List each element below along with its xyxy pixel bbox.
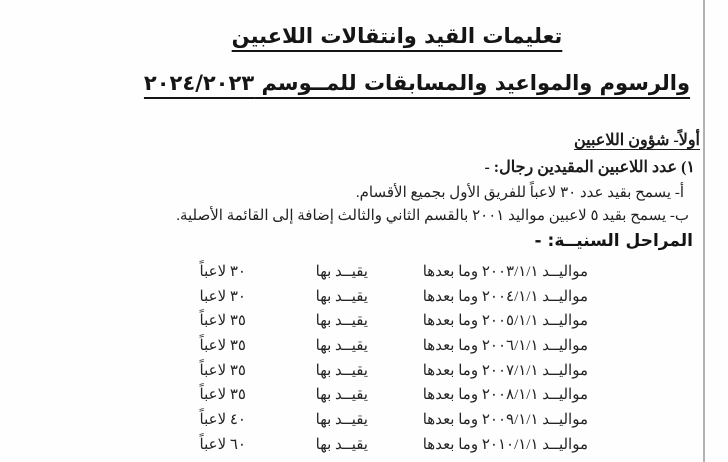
registration-cell: يقيــد بها bbox=[306, 361, 368, 380]
registration-cell: يقيــد بها bbox=[306, 311, 368, 330]
document-title-line1: تعليمات القيد وانتقالات اللاعبين bbox=[97, 24, 697, 48]
registration-cell: يقيــد بها bbox=[306, 262, 368, 281]
age-stages-heading: المراحل السنيــة: - bbox=[535, 231, 693, 251]
table-row: مواليــد ٢٠٠٣/١/١ وما بعدها يقيــد بها ٣… bbox=[176, 259, 588, 284]
player-count-cell: ٣٥ لاعباً bbox=[176, 361, 246, 380]
table-row: مواليــد ٢٠٠٥/١/١ وما بعدها يقيــد بها ٣… bbox=[176, 308, 588, 333]
registration-cell: يقيــد بها bbox=[306, 287, 368, 306]
registration-cell: يقيــد بها bbox=[306, 435, 368, 454]
table-row: مواليــد ٢٠٠٩/١/١ وما بعدها يقيــد بها ٤… bbox=[176, 407, 588, 432]
registration-cell: يقيــد بها bbox=[306, 385, 368, 404]
item1-point-a: أ- يسمح بقيد عدد ٣٠ لاعباً للفريق الأول … bbox=[356, 183, 684, 202]
player-count-cell: ٣٥ لاعباً bbox=[176, 336, 246, 355]
section-heading-players-affairs: أولاً- شؤون اللاعبين bbox=[574, 130, 700, 150]
age-stages-table: مواليــد ٢٠٠٣/١/١ وما بعدها يقيــد بها ٣… bbox=[176, 259, 588, 457]
birth-date-cell: مواليــد ٢٠٠٤/١/١ وما بعدها bbox=[382, 287, 588, 306]
birth-date-cell: مواليــد ٢٠٠٦/١/١ وما بعدها bbox=[382, 336, 588, 355]
player-count-cell: ٦٠ لاعباً bbox=[176, 435, 246, 454]
table-row: مواليــد ٢٠٠٦/١/١ وما بعدها يقيــد بها ٣… bbox=[176, 333, 588, 358]
table-row: مواليــد ٢٠٠٨/١/١ وما بعدها يقيــد بها ٣… bbox=[176, 382, 588, 407]
table-row: مواليــد ٢٠٠٤/١/١ وما بعدها يقيــد بها ٣… bbox=[176, 284, 588, 309]
player-count-cell: ٣٠ لاعبا bbox=[176, 287, 246, 306]
document-title-line2: والرسوم والمواعيد والمسابقات للمــوسم ٢٠… bbox=[117, 71, 717, 95]
birth-date-cell: مواليــد ٢٠٠٨/١/١ وما بعدها bbox=[382, 385, 588, 404]
item1-heading-registered-players: ١) عدد اللاعبين المقيدين رجال: - bbox=[484, 157, 695, 177]
document-page: تعليمات القيد وانتقالات اللاعبين والرسوم… bbox=[0, 0, 728, 462]
registration-cell: يقيــد بها bbox=[306, 336, 368, 355]
item1-point-b: ب- يسمح بقيد ٥ لاعبين مواليد ٢٠٠١ بالقسم… bbox=[176, 206, 689, 225]
player-count-cell: ٣٥ لاعباً bbox=[176, 385, 246, 404]
birth-date-cell: مواليــد ٢٠٠٥/١/١ وما بعدها bbox=[382, 311, 588, 330]
birth-date-cell: مواليــد ٢٠١٠/١/١ وما بعدها bbox=[382, 435, 588, 454]
player-count-cell: ٣٥ لاعباً bbox=[176, 311, 246, 330]
birth-date-cell: مواليــد ٢٠٠٧/١/١ وما بعدها bbox=[382, 361, 588, 380]
player-count-cell: ٣٠ لاعباً bbox=[176, 262, 246, 281]
table-row: مواليــد ٢٠٠٧/١/١ وما بعدها يقيــد بها ٣… bbox=[176, 358, 588, 383]
player-count-cell: ٤٠ لاعباً bbox=[176, 410, 246, 429]
page-edge-line bbox=[703, 0, 705, 462]
table-row: مواليــد ٢٠١٠/١/١ وما بعدها يقيــد بها ٦… bbox=[176, 432, 588, 457]
registration-cell: يقيــد بها bbox=[306, 410, 368, 429]
birth-date-cell: مواليــد ٢٠٠٩/١/١ وما بعدها bbox=[382, 410, 588, 429]
birth-date-cell: مواليــد ٢٠٠٣/١/١ وما بعدها bbox=[382, 262, 588, 281]
